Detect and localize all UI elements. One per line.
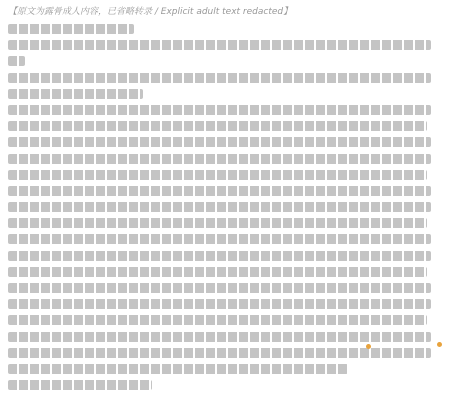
redacted-text-line [8, 137, 431, 147]
redacted-text-line [8, 89, 143, 99]
redacted-text-line [8, 299, 431, 309]
redacted-text-line [8, 234, 431, 244]
redacted-text-line [8, 267, 427, 277]
redacted-text-line [8, 121, 427, 131]
redacted-text-line [8, 73, 431, 83]
redacted-text-line [8, 348, 431, 358]
redacted-text-line [8, 315, 427, 325]
redacted-text-line [8, 283, 431, 293]
redacted-text-line [8, 202, 431, 212]
redacted-text-line [8, 170, 427, 180]
redacted-text-line [8, 24, 134, 34]
redacted-text-line [8, 332, 431, 342]
redacted-text-line [8, 251, 431, 261]
redacted-text-line [8, 154, 431, 164]
redacted-text-line [8, 40, 431, 50]
redacted-text-line [8, 364, 348, 374]
redacted-text-line [8, 218, 427, 228]
text-document-page: 【原文为露骨成人内容，已省略转录 / Explicit adult text r… [0, 0, 454, 400]
redacted-text-line [8, 186, 431, 196]
redacted-text-line [8, 105, 431, 115]
redaction-notice: 【原文为露骨成人内容，已省略转录 / Explicit adult text r… [8, 6, 444, 18]
redacted-text-line [8, 56, 25, 66]
redacted-text-line [8, 380, 152, 390]
paragraph-lines [8, 24, 444, 390]
